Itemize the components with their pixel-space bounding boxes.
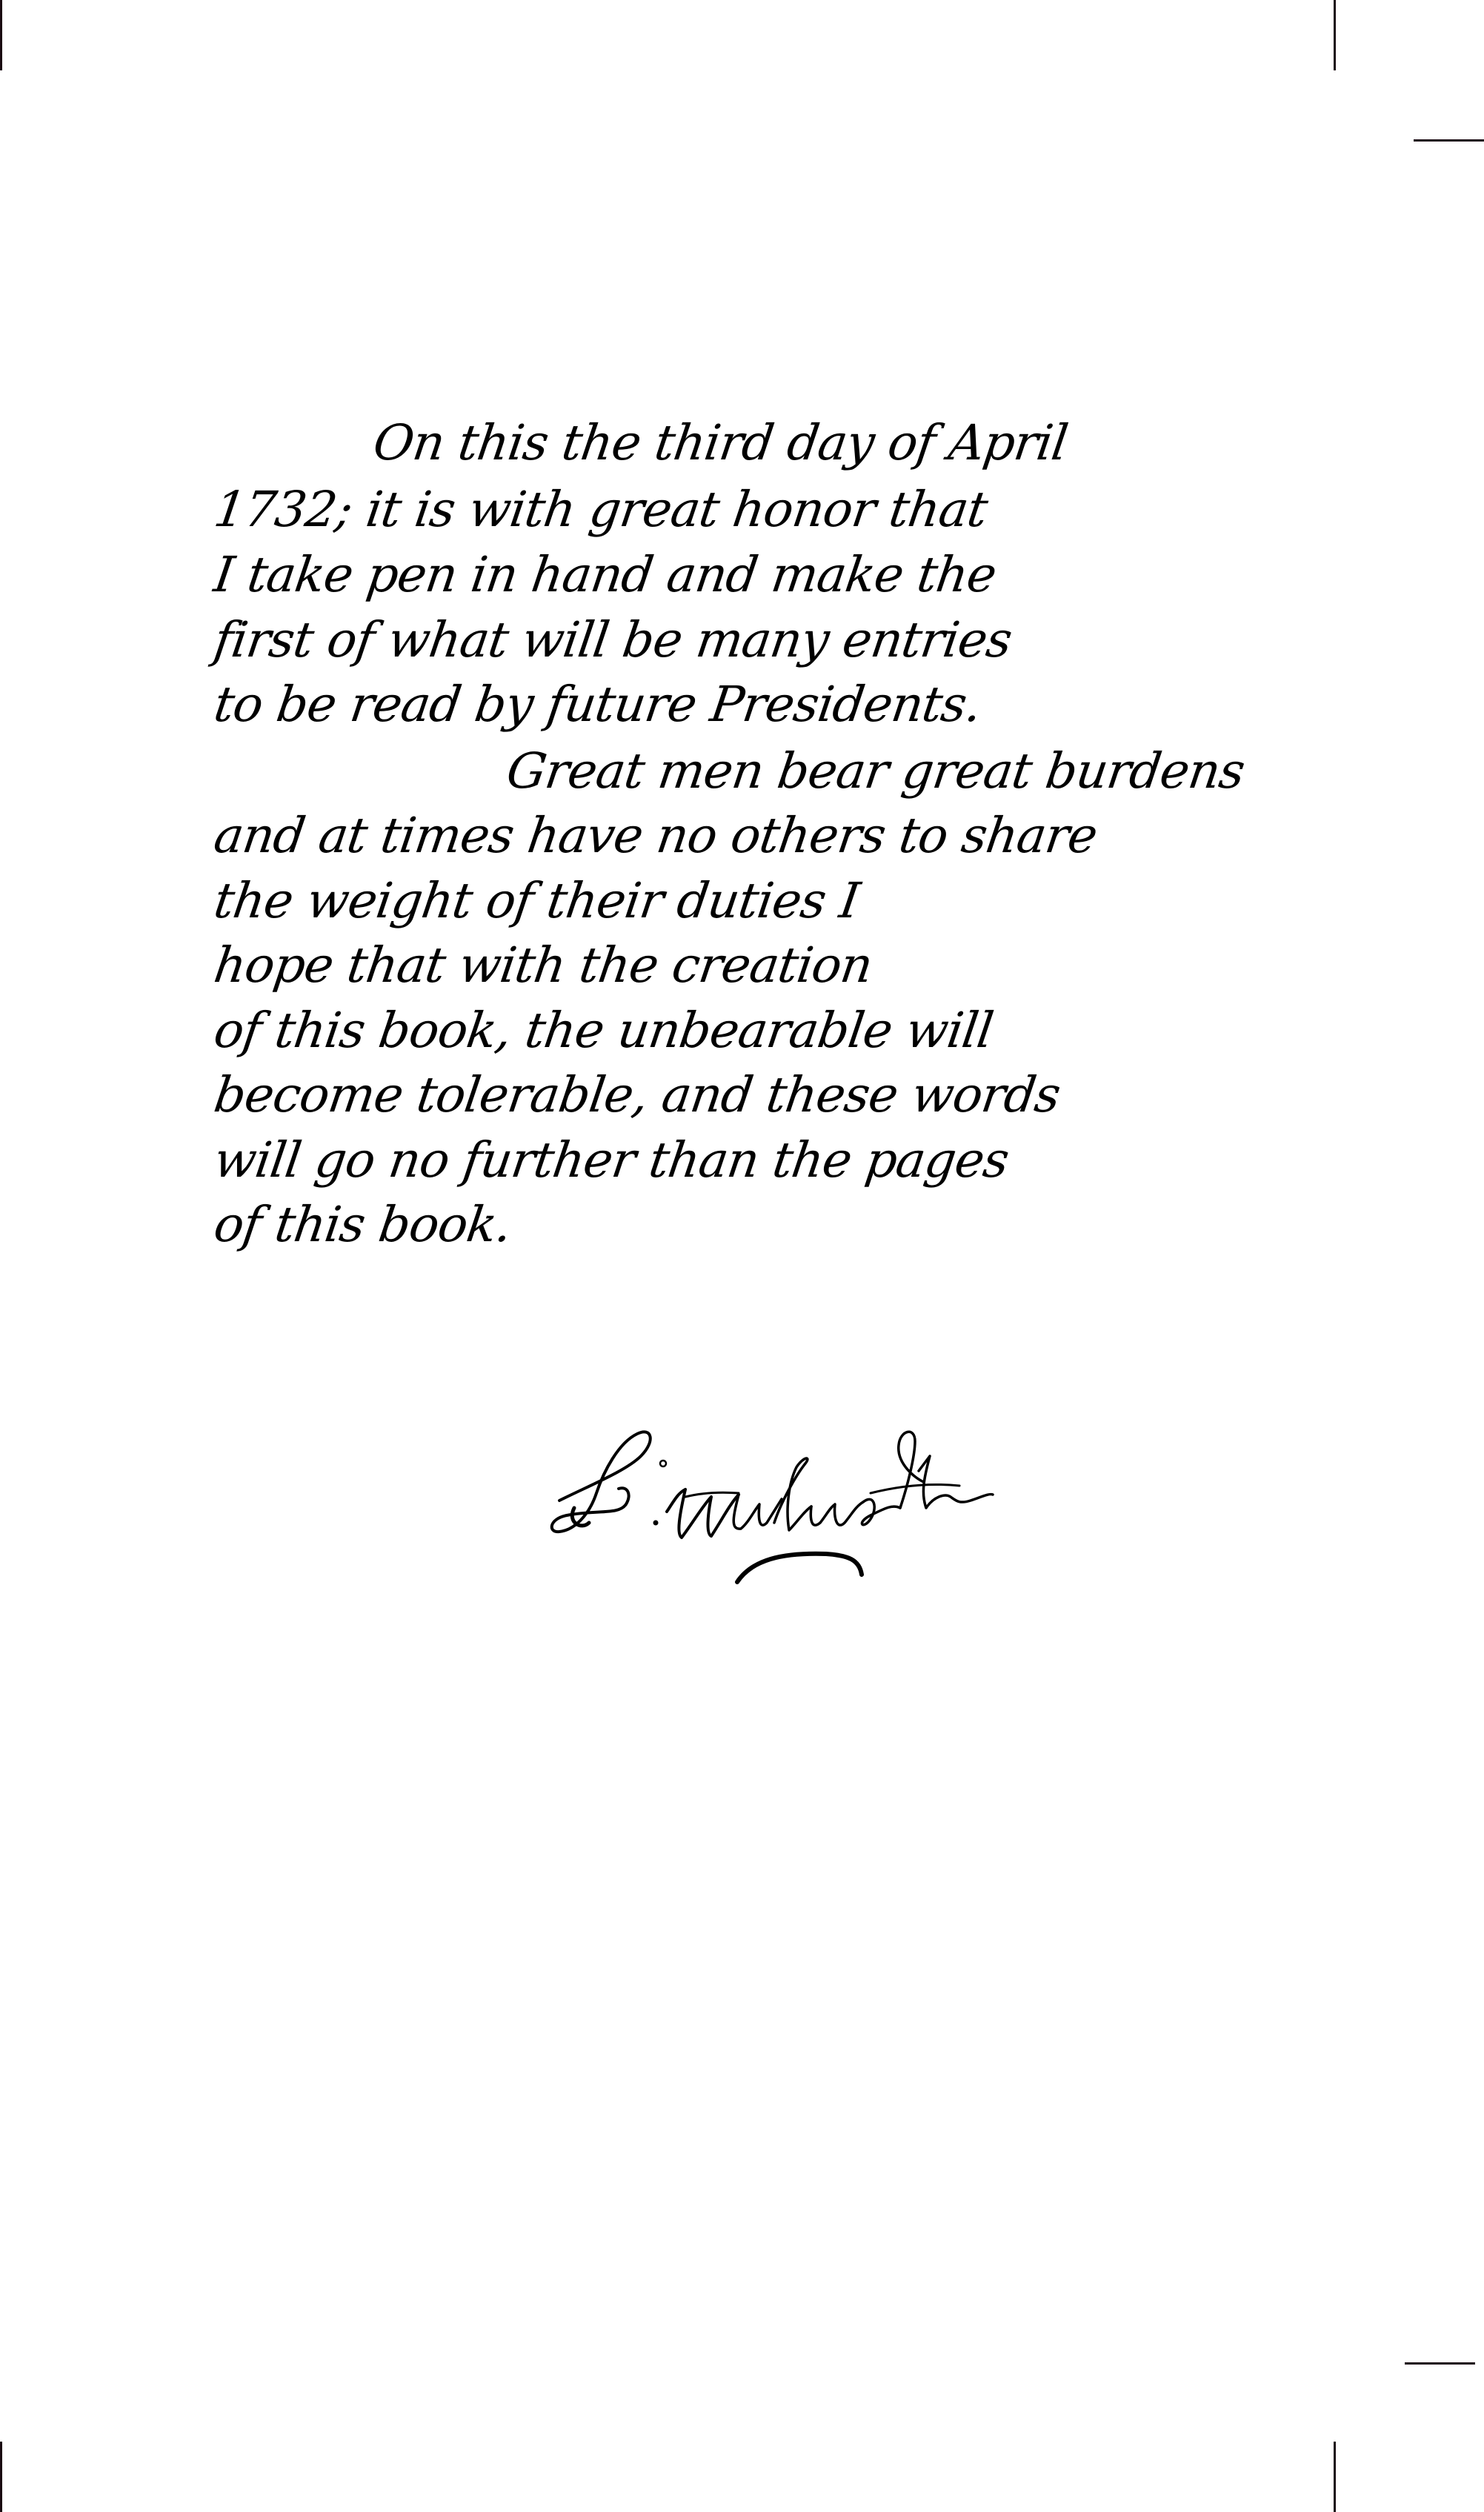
letter-line: and at times have no others to share [211,811,1100,860]
crop-mark-top-right-horizontal [1414,139,1484,142]
letter-line: first of what will be many entries [211,616,1014,665]
crop-mark-top-right-vertical [1334,0,1336,70]
signature-flourish-icon [545,1412,996,1589]
letter-line: the weight of their duties I [211,877,862,926]
letter-line: 1732; it is with great honor that [211,485,990,534]
letter-line: Great men bear great burdens [504,747,1247,796]
crop-mark-bottom-right-vertical [1334,2442,1336,2512]
letter-line: hope that with the creation [211,941,875,990]
letter-line: of this book, the unbearable will [211,1006,996,1055]
journal-page: On this the third day of April 1732; it … [0,0,1484,2512]
crop-mark-bottom-right-horizontal [1405,2362,1475,2365]
letter-line: will go no further than the pages [211,1136,1011,1185]
letter-line: to be read by future Presidents. [211,680,984,729]
crop-mark-bottom-left [0,2442,2,2512]
letter-line: I take pen in hand and make the [211,551,999,599]
signature: G:Washington [545,1412,996,1589]
crop-mark-top-left [0,0,2,70]
letter-line: On this the third day of April [370,419,1071,468]
letter-line: become tolerable, and these words [211,1071,1063,1120]
letter-line: of this book. [211,1200,514,1249]
